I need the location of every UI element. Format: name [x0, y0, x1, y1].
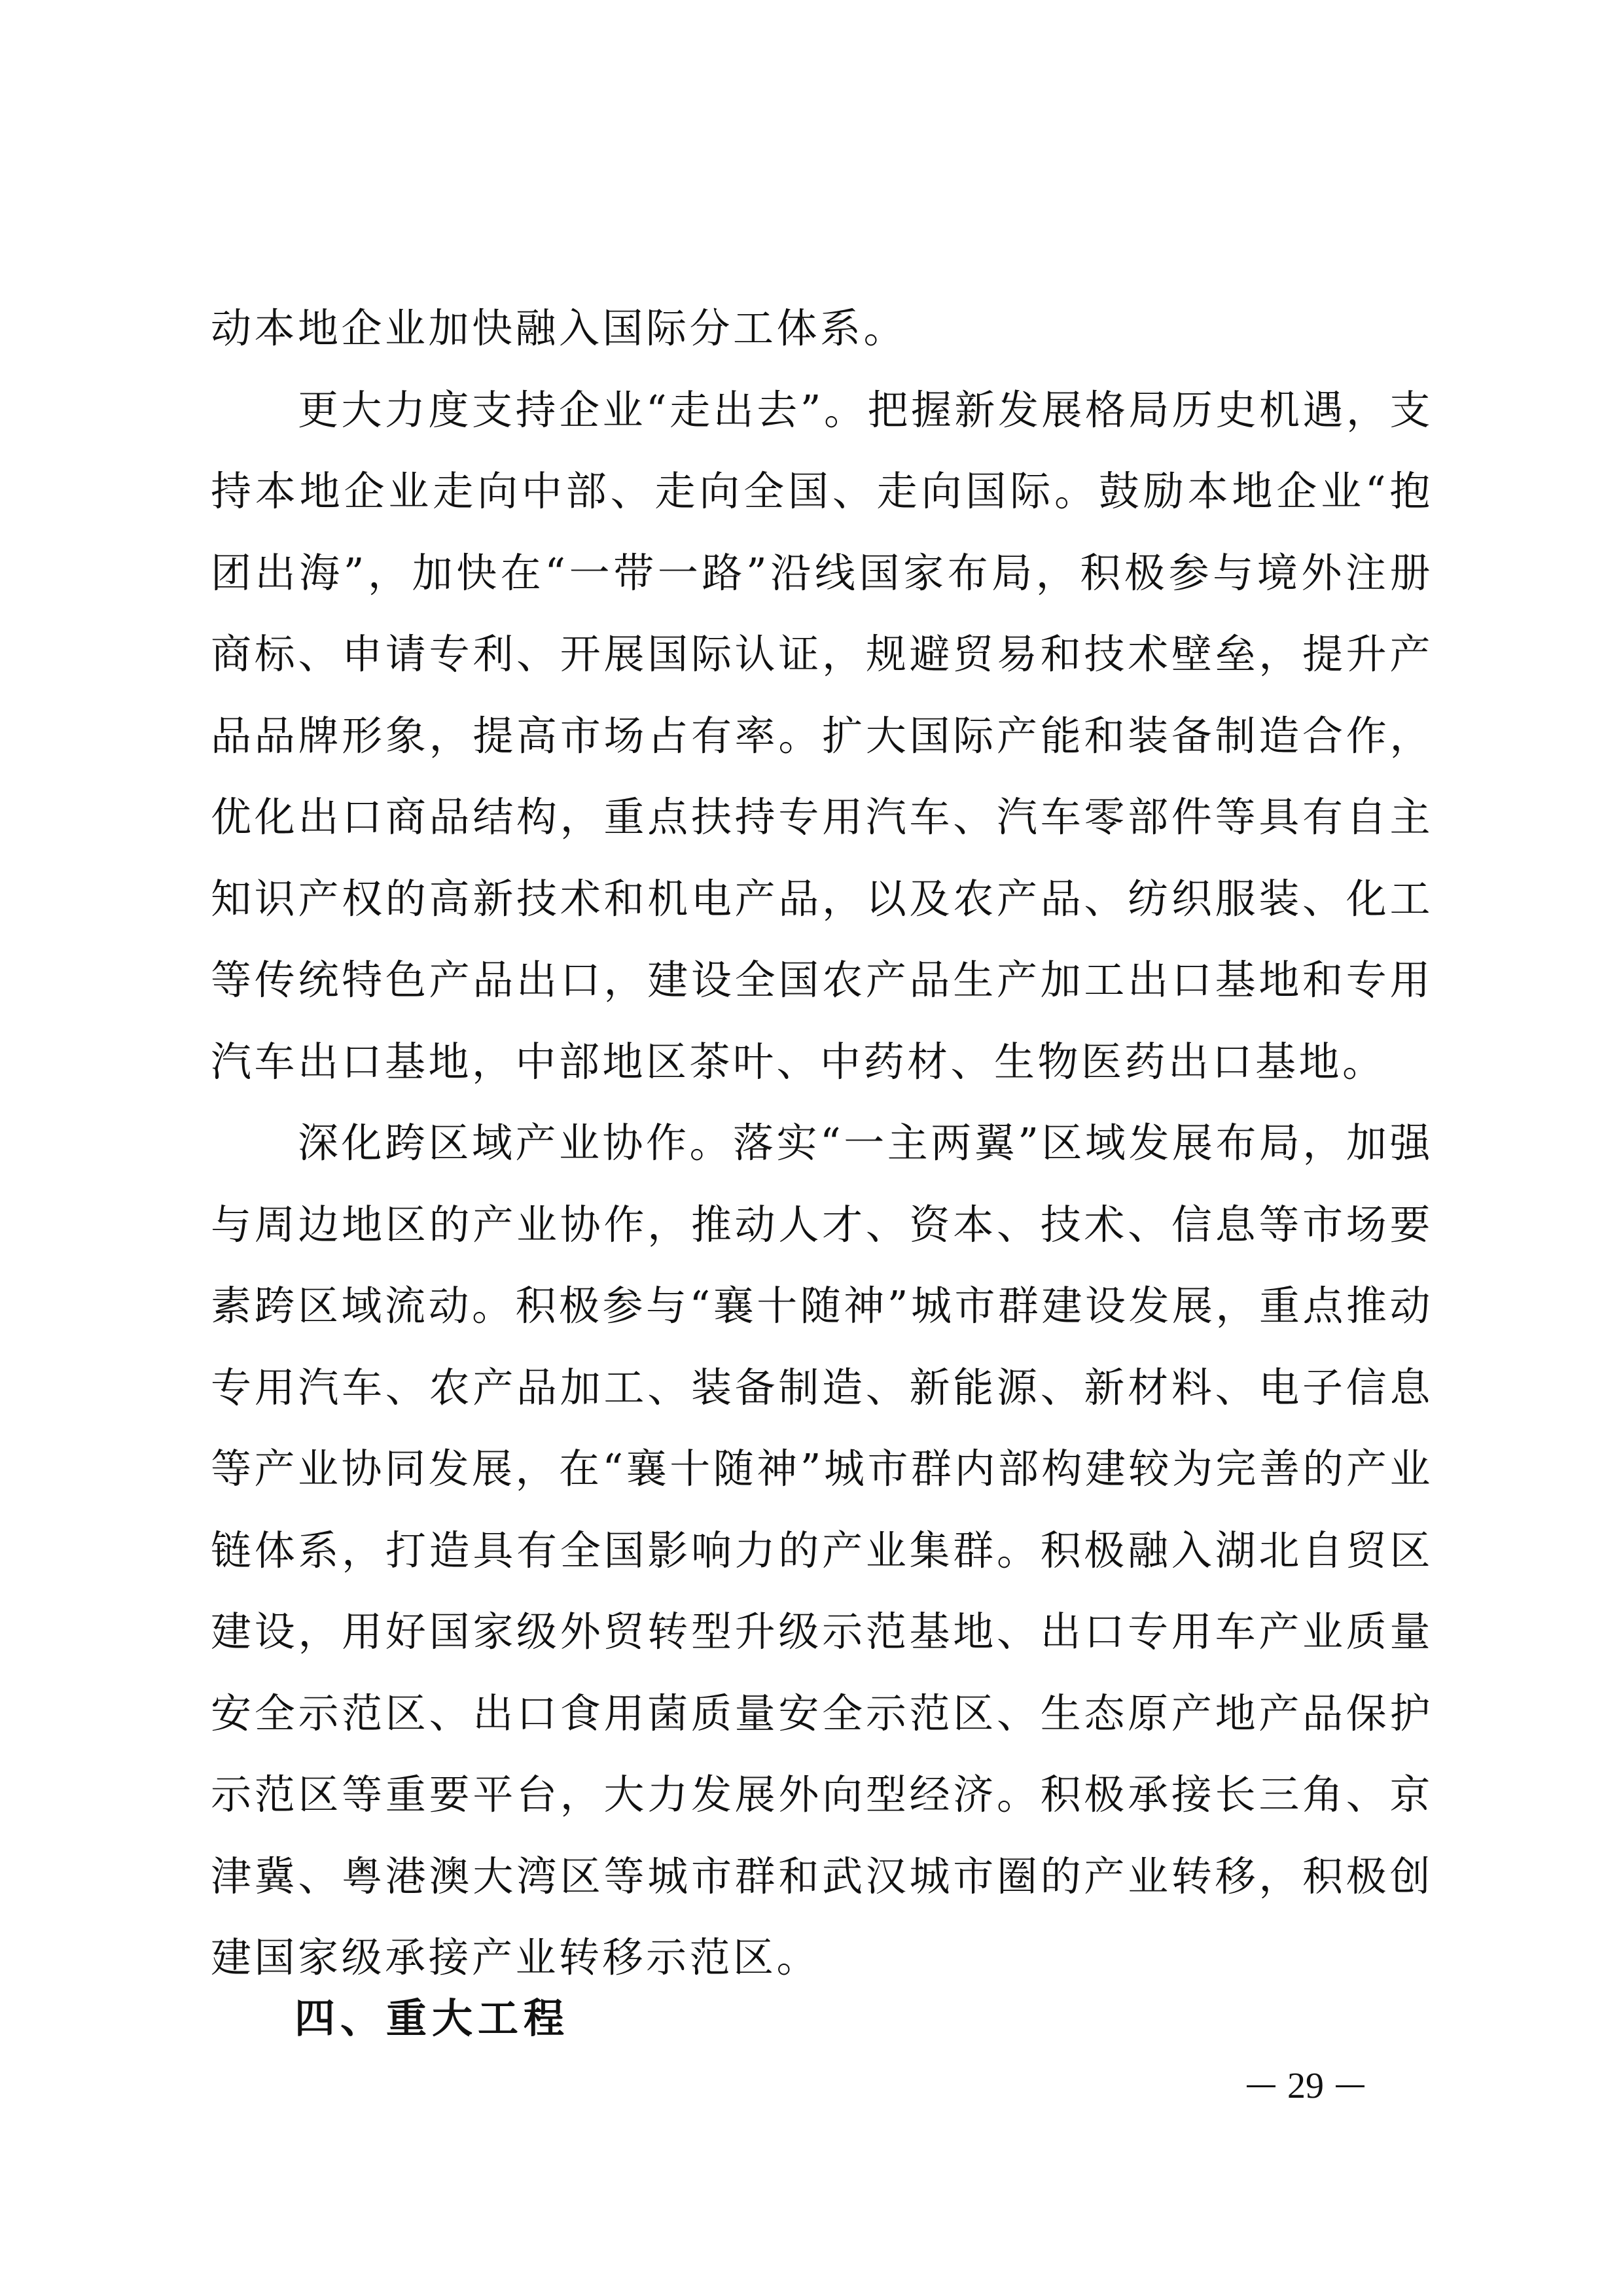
page-number-dash-right — [1336, 2085, 1364, 2087]
paragraph-cross-regional-cooperation: 深化跨区域产业协作。落实“一主两翼”区域发展布局，加强与周边地区的产业协作，推动… — [211, 1103, 1433, 1999]
document-page: 动本地企业加快融入国际分工体系。 更大力度支持企业“走出去”。把握新发展格局历史… — [0, 0, 1623, 2296]
paragraph-going-global: 更大力度支持企业“走出去”。把握新发展格局历史机遇，支持本地企业走向中部、走向全… — [211, 370, 1433, 1103]
page-number-value: 29 — [1287, 2060, 1324, 2112]
paragraph-continuation: 动本地企业加快融入国际分工体系。 — [211, 288, 1433, 370]
section-heading: 四、重大工程 — [294, 1986, 569, 2051]
page-number: 29 — [1247, 2060, 1364, 2112]
page-number-dash-left — [1247, 2085, 1275, 2087]
body-text: 动本地企业加快融入国际分工体系。 更大力度支持企业“走出去”。把握新发展格局历史… — [211, 288, 1433, 1999]
